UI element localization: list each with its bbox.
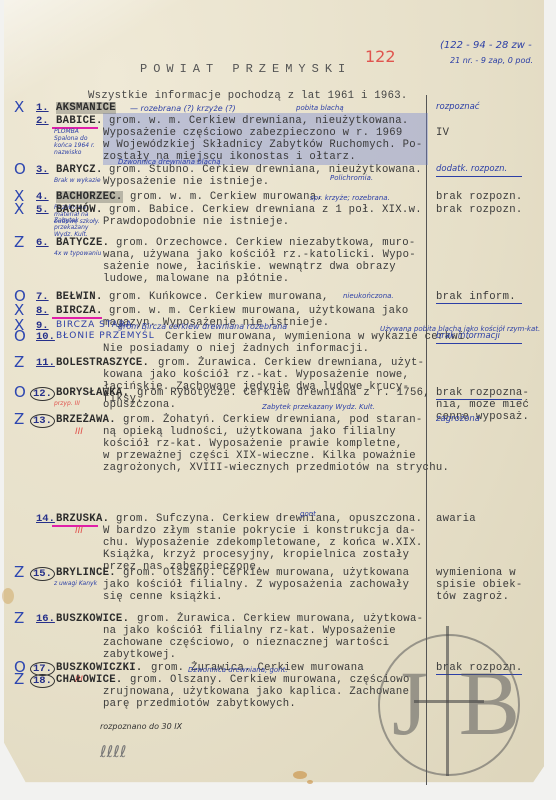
handwritten-note: spr. krzyże; rozebrana.: [310, 194, 390, 202]
entry-text-line: grom. w. m. Cerkiew drewniana, nieużytko…: [109, 115, 409, 127]
entry-text-line: grom. Żohatyń. Cerkiew drewniana, pod st…: [123, 414, 423, 426]
entry-text-line: kowana jako kościół rz.-kat. Wyposażenie…: [103, 369, 409, 381]
handwritten-note: Dzwonnica drewniana, gont.: [188, 666, 288, 674]
stain: [307, 780, 313, 784]
entry-text-line: grom. w. m. Cerkiew murowana.: [130, 191, 323, 203]
bottom-note: rozpoznano do 30 IX: [100, 722, 182, 731]
archive-watermark-letters: J B: [392, 650, 524, 756]
entry-number: 3.: [36, 164, 49, 176]
entry-text-line: Prawdopodobnie nie istnieje.: [103, 216, 289, 228]
entry-text-line: grom. Olszany. Cerkiew murowana, częścio…: [130, 674, 410, 686]
entry-text-line: w Wojewódzkiej Składnicy Zabytków Ruchom…: [103, 139, 423, 151]
entry-number: 6.: [36, 237, 49, 249]
entry-text-line: Książka, krzyż procesyjny, kropielnica z…: [103, 549, 409, 561]
entry-status: rozpoznać: [436, 102, 479, 112]
entry-text-line: się cenne książki.: [103, 591, 223, 603]
status-mark-o-icon: O: [14, 383, 26, 401]
entry-text-line: zagrożonych, XVIII-wiecznych przedmiotów…: [103, 462, 449, 474]
entry-name[interactable]: BUSZKOWICZKI.: [56, 662, 143, 674]
entry-text-line: grom. Żurawica. Cerkiew drewniana, użyt-: [158, 357, 424, 369]
entry-text-line: Wyposażenie nie istnieje.: [103, 176, 269, 188]
status-mark-z-icon: Z: [14, 410, 24, 428]
entry-name[interactable]: BORYSŁAWKA.: [56, 387, 129, 399]
entry-number: 5.: [36, 204, 49, 216]
entry-text-line: zrujnowana, użytkowana jako kaplica. Zac…: [103, 686, 409, 698]
entry-name[interactable]: BRZUSKA.: [56, 513, 109, 525]
entry-text-line: grom. Olszany. Cerkiew murowana, użytkow…: [123, 567, 409, 579]
entry-text-line: jako kościół filialny. Z wyposażenia zac…: [103, 579, 409, 591]
page-number-red: 122: [365, 47, 396, 66]
entry-status: brak rozpozn.: [436, 191, 523, 203]
top-right-note-line2: 21 nr. - 9 zap, 0 pod.: [450, 56, 533, 65]
handwritten-note: Polichromia.: [330, 174, 373, 182]
signature: ℓℓℓℓ: [100, 742, 126, 761]
status-mark-o-icon: O: [14, 327, 26, 345]
entry-text-line: grom. Żurawica. Cerkiew murowana, użytko…: [137, 613, 423, 625]
entry-status: brak rozpozn.: [436, 204, 523, 216]
entry-text-line: grom. w. m. Cerkiew murowana, użytkowana…: [109, 305, 409, 317]
stain: [293, 771, 307, 779]
handwritten-note: pobita blachą: [296, 104, 344, 112]
entry-name[interactable]: BEŁWIN.: [56, 291, 103, 303]
stain: [2, 588, 14, 604]
entry-text-line: w przeważnej części XIX-wieczne. Kilka p…: [103, 450, 416, 462]
entry-number: 8.: [36, 305, 49, 317]
side-note: III: [75, 526, 83, 536]
entry-number: 7.: [36, 291, 49, 303]
status-mark-z-icon: Z: [14, 233, 24, 251]
watermark-cross-horizontal: [414, 700, 484, 703]
top-right-note-line1: (122 - 94 - 28 zw -: [440, 40, 532, 51]
entry-name[interactable]: BACHÓW.: [56, 204, 103, 216]
status-mark-x-icon: X: [14, 98, 24, 116]
entry-text-line: chu. Wyposażenie zdekompletowane, z końc…: [103, 537, 423, 549]
entry-text-line: opuszczona.: [103, 399, 176, 411]
entry-text-line: grom. Sufczyna. Cerkiew drewniana, opusz…: [116, 513, 422, 525]
handwritten-note: Zabytek przekazany Wydz. Kult.: [262, 403, 375, 411]
entry-text-line: na jako kościół filialny rz-kat. Wyposaż…: [103, 625, 396, 637]
handwritten-note: Używana pobita blachą jako kościół rzym-…: [380, 325, 540, 333]
entry-status: IV: [436, 127, 449, 139]
entry-status: brak inform.: [436, 291, 516, 303]
entry-name[interactable]: BATYCZE.: [56, 237, 109, 249]
status-underline: [436, 303, 522, 304]
entry-text-line: grom. Kuńkowce. Cerkiew murowana,: [109, 291, 329, 303]
entry-number: 15.: [30, 567, 55, 581]
entry-text-line: grom Rybotycze. Cerkiew drewniana z r. 1…: [137, 387, 430, 399]
entry-text-line: zachowane częściowo, o nieznacznej warto…: [103, 637, 389, 649]
entry-name[interactable]: BRZEŻAWA.: [56, 414, 116, 426]
entry-text-line: zabytkowej.: [103, 649, 176, 661]
entry-number: 18.: [30, 674, 55, 688]
status-mark-z-icon: Z: [14, 670, 24, 688]
entry-text-line: grom. Stubno. Cerkiew drewniana, nieużyt…: [109, 164, 422, 176]
handwritten-note: — rozebrana (?) krzyże (?): [130, 104, 236, 113]
entry-text-line: grom. Babice. Cerkiew drewniana z 1 poł.…: [109, 204, 422, 216]
entry-text-line: Wyposażenie częściowo zabezpieczono w r.…: [103, 127, 403, 139]
status-underline: [436, 176, 522, 177]
side-note: III: [75, 427, 83, 437]
entry-name[interactable]: CHAŁOWICE.: [56, 674, 123, 686]
entry-text-line: wana, używana jako kościół rz.-katolicki…: [103, 249, 416, 261]
entry-name[interactable]: BOLESTRASZYCE.: [56, 357, 149, 369]
entry-text-line: kościół rz-kat. Wyposażenie prawie kompl…: [103, 438, 403, 450]
status-mark-z-icon: Z: [14, 609, 24, 627]
side-note: Zabytek przekazany Wydz. Kult.: [54, 217, 104, 238]
entry-text-line: grom. Orzechowce. Cerkiew niezabytkowa, …: [116, 237, 416, 249]
entry-text-line: ludowe, malowane na płótnie.: [103, 273, 289, 285]
entry-status: dodatk. rozpozn.: [436, 164, 507, 174]
intro-text: Wszystkie informacje pochodzą z lat 1961…: [88, 90, 408, 102]
entry-number: 10.: [36, 331, 55, 343]
status-mark-z-icon: Z: [14, 353, 24, 371]
entry-number: 14.: [36, 513, 55, 525]
entry-number: 11.: [36, 357, 55, 369]
entry-status: awaria: [436, 513, 476, 525]
entry-number: 1.: [36, 102, 49, 114]
entry-name[interactable]: BRYLINCE.: [56, 567, 116, 579]
entry-text-line: Nie posiadamy o niej żadnych informacji.: [103, 343, 369, 355]
status-mark-z-icon: Z: [14, 563, 24, 581]
entry-number: 12.: [30, 387, 55, 401]
entry-name[interactable]: BACHORZEC.: [56, 191, 123, 203]
entry-name[interactable]: BABICE.: [56, 115, 103, 127]
page-title: POWIAT PRZEMYSKI: [140, 62, 351, 76]
side-note: 4x w typowaniu: [54, 250, 101, 257]
handwritten-note: nieukończona.: [343, 292, 394, 300]
entry-name[interactable]: BIRCZA.: [56, 305, 103, 317]
entry-name[interactable]: BŁONIE PRZEMYŚL: [56, 331, 155, 341]
entry-number: 16.: [36, 613, 55, 625]
entry-name[interactable]: AKSMANICE: [56, 102, 116, 114]
entry-text-line: W bardzo złym stanie pokrycie i konstruk…: [103, 525, 416, 537]
magenta-underline: [52, 317, 102, 319]
entry-text-line: ną opieką ludności, użytkowana jako fili…: [103, 426, 396, 438]
entry-text-line: grom Bircza cerkiew drewniana rozebrana: [118, 322, 287, 331]
entry-number: 4.: [36, 191, 49, 203]
side-note: przyp. III: [54, 400, 80, 407]
entry-text-line: parę przedmiotów zabytkowych.: [103, 698, 296, 710]
entry-number: 13.: [30, 414, 55, 428]
handwritten-note: gont: [300, 510, 316, 518]
entry-status: wymieniona w spisie obiek- tów zagroż.: [436, 567, 546, 603]
status-underline: [436, 343, 522, 344]
side-note: z uwagi Kanyk: [54, 580, 97, 587]
entry-name[interactable]: BUSZKOWICE.: [56, 613, 129, 625]
status-mark-x-icon: X: [14, 200, 24, 218]
entry-text-line: sażenie nowe, łacińskie. wewnątrz dwa ob…: [103, 261, 396, 273]
status-underline: [436, 399, 522, 400]
side-note: PLOMBA Spalona do końca 1964 r. nazwisko: [54, 128, 104, 156]
side-note: Brak w wykazie: [54, 177, 101, 184]
status-mark-o-icon: O: [14, 160, 26, 178]
entry-number: 2.: [36, 115, 49, 127]
entry-status: zagrożona: [436, 414, 480, 424]
entry-name[interactable]: BARYCZ.: [56, 164, 103, 176]
